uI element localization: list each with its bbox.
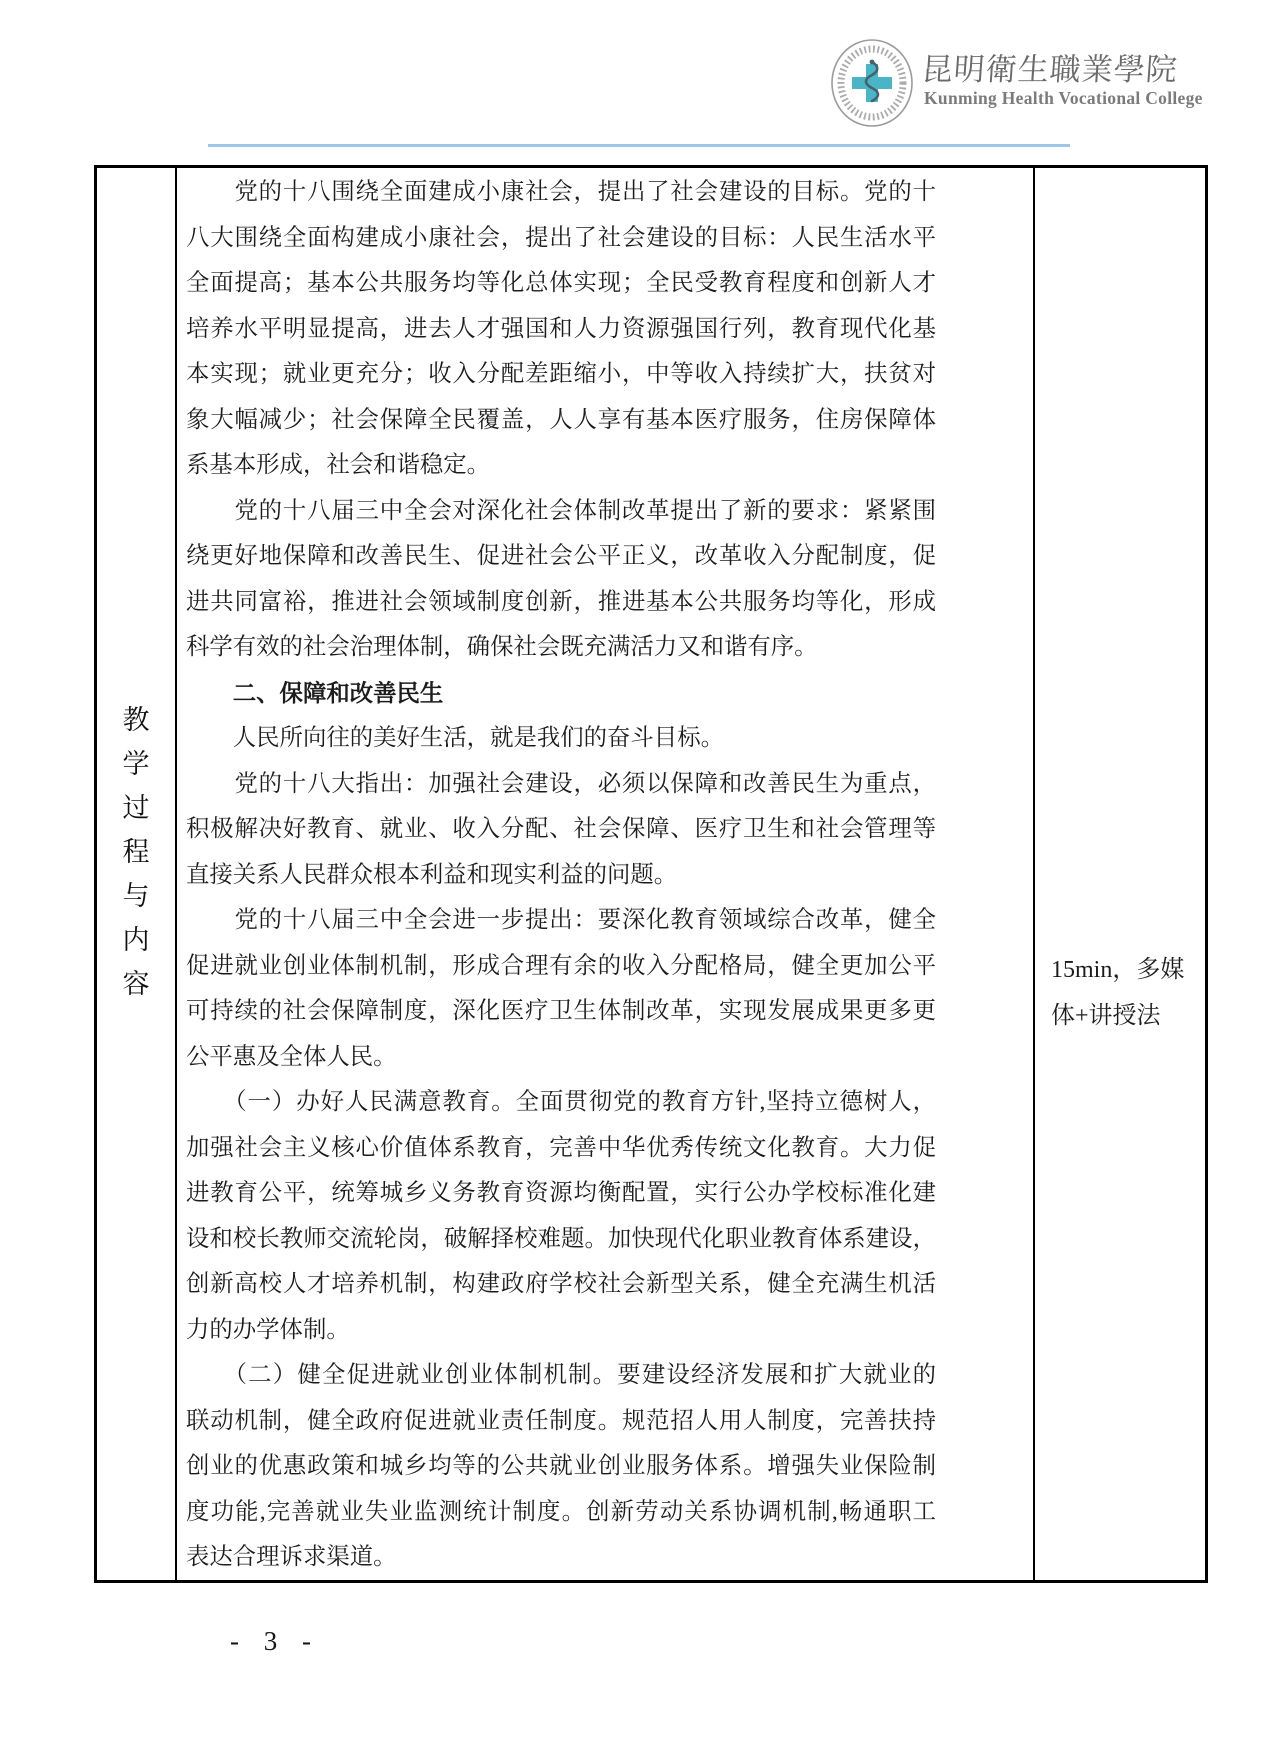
- college-seal-icon: [830, 38, 914, 128]
- content-line: 促进就业创业体制机制，形成合理有余的收入分配格局，健全更加公平: [186, 944, 936, 990]
- content-line: 直接关系人民群众根本利益和现实利益的问题。: [186, 853, 936, 899]
- content-line: 党的十八大指出：加强社会建设，必须以保障和改善民生为重点，: [186, 762, 936, 808]
- content-line: 党的十八届三中全会进一步提出：要深化教育领域综合改革，健全: [186, 898, 936, 944]
- header-divider: [208, 144, 1070, 147]
- content-line: 八大围绕全面构建成小康社会，提出了社会建设的目标：人民生活水平: [186, 216, 936, 262]
- lesson-plan-table: 教学过程与内容 党的十八围绕全面建成小康社会，提出了社会建设的目标。党的十八大围…: [94, 165, 1208, 1583]
- content-line: 度功能,完善就业失业监测统计制度。创新劳动关系协调机制,畅通职工: [186, 1490, 936, 1536]
- content-line: 全面提高；基本公共服务均等化总体实现；全民受教育程度和创新人才: [186, 261, 936, 307]
- method-lines: 15min，多媒体+讲授法: [1051, 948, 1199, 1039]
- content-line: 科学有效的社会治理体制，确保社会既充满活力又和谐有序。: [186, 625, 936, 671]
- document-page: 昆明衛生職業學院 Kunming Health Vocational Colle…: [0, 0, 1271, 1763]
- vertical-label-char: 与: [123, 874, 150, 918]
- content-line: 培养水平明显提高，进去人才强国和人力资源强国行列，教育现代化基: [186, 307, 936, 353]
- content-line: 绕更好地保障和改善民生、促进社会公平正义，改革收入分配制度，促: [186, 534, 936, 580]
- page-number: - 3 -: [230, 1626, 318, 1657]
- vertical-label-char: 教: [123, 698, 150, 742]
- content-line: 党的十八围绕全面建成小康社会，提出了社会建设的目标。党的十: [186, 170, 936, 216]
- content-line: 二、保障和改善民生: [186, 671, 936, 717]
- content-lines: 党的十八围绕全面建成小康社会，提出了社会建设的目标。党的十八大围绕全面构建成小康…: [186, 170, 936, 1581]
- vertical-label-char: 内: [123, 918, 150, 962]
- content-line: 可持续的社会保障制度，深化医疗卫生体制改革，实现发展成果更多更: [186, 989, 936, 1035]
- table-cell-method: 15min，多媒体+讲授法: [1035, 168, 1205, 1580]
- content-line: 进共同富裕，推进社会领域制度创新，推进基本公共服务均等化，形成: [186, 580, 936, 626]
- method-line: 体+讲授法: [1051, 994, 1199, 1040]
- content-line: 力的办学体制。: [186, 1308, 936, 1354]
- content-line: 积极解决好教育、就业、收入分配、社会保障、医疗卫生和社会管理等: [186, 807, 936, 853]
- content-line: 本实现；就业更充分；收入分配差距缩小，中等收入持续扩大，扶贫对: [186, 352, 936, 398]
- table-cell-content: 党的十八围绕全面建成小康社会，提出了社会建设的目标。党的十八大围绕全面构建成小康…: [177, 168, 1035, 1580]
- content-line: 创业的优惠政策和城乡均等的公共就业创业服务体系。增强失业保险制: [186, 1444, 936, 1490]
- vertical-label-char: 学: [123, 742, 150, 786]
- method-line: 15min，多媒: [1051, 948, 1199, 994]
- content-line: （一）办好人民满意教育。全面贯彻党的教育方针,坚持立德树人，: [186, 1080, 936, 1126]
- table-cell-process-label: 教学过程与内容: [97, 168, 177, 1580]
- vertical-label: 教学过程与内容: [123, 698, 150, 1006]
- content-line: （二）健全促进就业创业体制机制。要建设经济发展和扩大就业的: [186, 1353, 936, 1399]
- content-line: 表达合理诉求渠道。: [186, 1535, 936, 1581]
- college-name-english: Kunming Health Vocational College: [924, 88, 1224, 109]
- vertical-label-char: 容: [123, 962, 150, 1006]
- content-line: 设和校长教师交流轮岗，破解择校难题。加快现代化职业教育体系建设，: [186, 1217, 936, 1263]
- content-line: 党的十八届三中全会对深化社会体制改革提出了新的要求：紧紧围: [186, 489, 936, 535]
- vertical-label-char: 程: [123, 830, 150, 874]
- content-line: 联动机制，健全政府促进就业责任制度。规范招人用人制度，完善扶持: [186, 1399, 936, 1445]
- content-line: 加强社会主义核心价值体系教育，完善中华优秀传统文化教育。大力促: [186, 1126, 936, 1172]
- content-line: 系基本形成，社会和谐稳定。: [186, 443, 936, 489]
- vertical-label-char: 过: [123, 786, 150, 830]
- content-line: 创新高校人才培养机制，构建政府学校社会新型关系，健全充满生机活: [186, 1262, 936, 1308]
- college-name-calligraphy: 昆明衛生職業學院: [920, 44, 1223, 89]
- content-line: 公平惠及全体人民。: [186, 1035, 936, 1081]
- content-line: 人民所向往的美好生活，就是我们的奋斗目标。: [186, 716, 936, 762]
- content-line: 象大幅减少；社会保障全民覆盖，人人享有基本医疗服务，住房保障体: [186, 398, 936, 444]
- content-line: 进教育公平，统筹城乡义务教育资源均衡配置，实行公办学校标准化建: [186, 1171, 936, 1217]
